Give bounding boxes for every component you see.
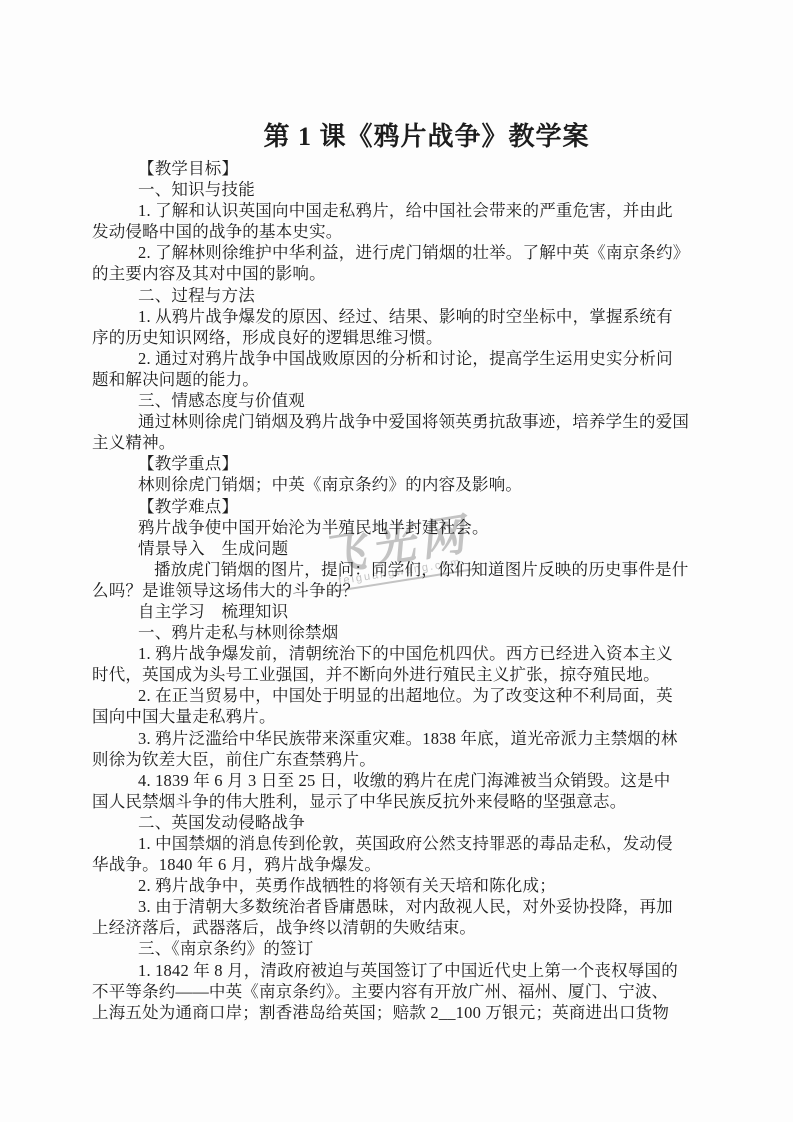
document-line: 2. 通过对鸦片战争中国战败原因的分析和讨论，提高学生运用史实分析问 <box>92 348 686 369</box>
document-line: 么吗？是谁领导这场伟大的斗争的？ <box>92 580 686 601</box>
document-line: 一、鸦片走私与林则徐禁烟 <box>92 622 686 643</box>
document-line: 二、过程与方法 <box>92 285 686 306</box>
document-line: 1. 1842 年 8 月，清政府被迫与英国签订了中国近代史上第一个丧权辱国的 <box>92 960 686 981</box>
document-line: 【教学目标】 <box>92 158 686 179</box>
document-line: 不平等条约——中英《南京条约》。主要内容有开放广州、福州、厦门、宁波、 <box>92 981 686 1002</box>
document-line: 1. 从鸦片战争爆发的原因、经过、结果、影响的时空坐标中，掌握系统有 <box>92 306 686 327</box>
document-line: 【教学难点】 <box>92 496 686 517</box>
document-line: 国人民禁烟斗争的伟大胜利，显示了中华民族反抗外来侵略的坚强意志。 <box>92 791 686 812</box>
document-line: 主义精神。 <box>92 432 686 453</box>
document-line: 3. 由于清朝大多数统治者昏庸愚昧，对内敌视人民，对外妥协投降，再加 <box>92 896 686 917</box>
document-line: 自主学习 梳理知识 <box>92 601 686 622</box>
document-line: 二、英国发动侵略战争 <box>92 812 686 833</box>
document-line: 上海五处为通商口岸；割香港岛给英国；赔款 2__100 万银元；英商进出口货物 <box>92 1002 686 1023</box>
document-line: 三、情感态度与价值观 <box>92 390 686 411</box>
document-line: 林则徐虎门销烟；中英《南京条约》的内容及影响。 <box>92 474 686 495</box>
document-line: 序的历史知识网络，形成良好的逻辑思维习惯。 <box>92 327 686 348</box>
document-line: 一、知识与技能 <box>92 179 686 200</box>
document-line: 鸦片战争使中国开始沦为半殖民地半封建社会。 <box>92 517 686 538</box>
document-line: 2. 了解林则徐维护中华利益，进行虎门销烟的壮举。了解中英《南京条约》 <box>92 242 686 263</box>
document-line: 3. 鸦片泛滥给中华民族带来深重灾难。1838 年底，道光帝派力主禁烟的林 <box>92 728 686 749</box>
document-line: 2. 在正当贸易中，中国处于明显的出超地位。为了改变这种不利局面，英 <box>92 685 686 706</box>
page: { "page": { "background_color": "#fdfdfd… <box>0 0 793 1122</box>
document-line: 播放虎门销烟的图片，提问：同学们，你们知道图片反映的历史事件是什 <box>92 559 686 580</box>
document-line: 三、《南京条约》的签订 <box>92 938 686 959</box>
document-page: 第 1 课《鸦片战争》教学案 飞光网 feiguangwang.com 【教学目… <box>0 0 793 1122</box>
document-line: 则徐为钦差大臣，前住广东查禁鸦片。 <box>92 749 686 770</box>
document-line: 发动侵略中国的战争的基本史实。 <box>92 221 686 242</box>
document-line: 时代，英国成为头号工业强国，并不断向外进行殖民主义扩张，掠夺殖民地。 <box>92 664 686 685</box>
document-line: 1. 中国禁烟的消息传到伦敦，英国政府公然支持罪恶的毒品走私，发动侵 <box>92 833 686 854</box>
document-line: 通过林则徐虎门销烟及鸦片战争中爱国将领英勇抗敌事迹，培养学生的爱国 <box>92 411 686 432</box>
document-line: 华战争。1840 年 6 月，鸦片战争爆发。 <box>92 854 686 875</box>
document-line: 情景导入 生成问题 <box>92 538 686 559</box>
document-line: 【教学重点】 <box>92 453 686 474</box>
document-line: 的主要内容及其对中国的影响。 <box>92 263 686 284</box>
document-line: 题和解决问题的能力。 <box>92 369 686 390</box>
document-body: 【教学目标】一、知识与技能1. 了解和认识英国向中国走私鸦片，给中国社会带来的严… <box>92 158 686 1023</box>
document-title: 第 1 课《鸦片战争》教学案 <box>30 116 793 153</box>
document-line: 2. 鸦片战争中，英勇作战牺牲的将领有关天培和陈化成； <box>92 875 686 896</box>
document-line: 1. 了解和认识英国向中国走私鸦片，给中国社会带来的严重危害，并由此 <box>92 200 686 221</box>
document-line: 1. 鸦片战争爆发前，清朝统治下的中国危机四伏。西方已经进入资本主义 <box>92 643 686 664</box>
document-line: 国向中国大量走私鸦片。 <box>92 706 686 727</box>
document-line: 上经济落后，武器落后，战争终以清朝的失败结束。 <box>92 917 686 938</box>
document-line: 4. 1839 年 6 月 3 日至 25 日，收缴的鸦片在虎门海滩被当众销毁。… <box>92 770 686 791</box>
